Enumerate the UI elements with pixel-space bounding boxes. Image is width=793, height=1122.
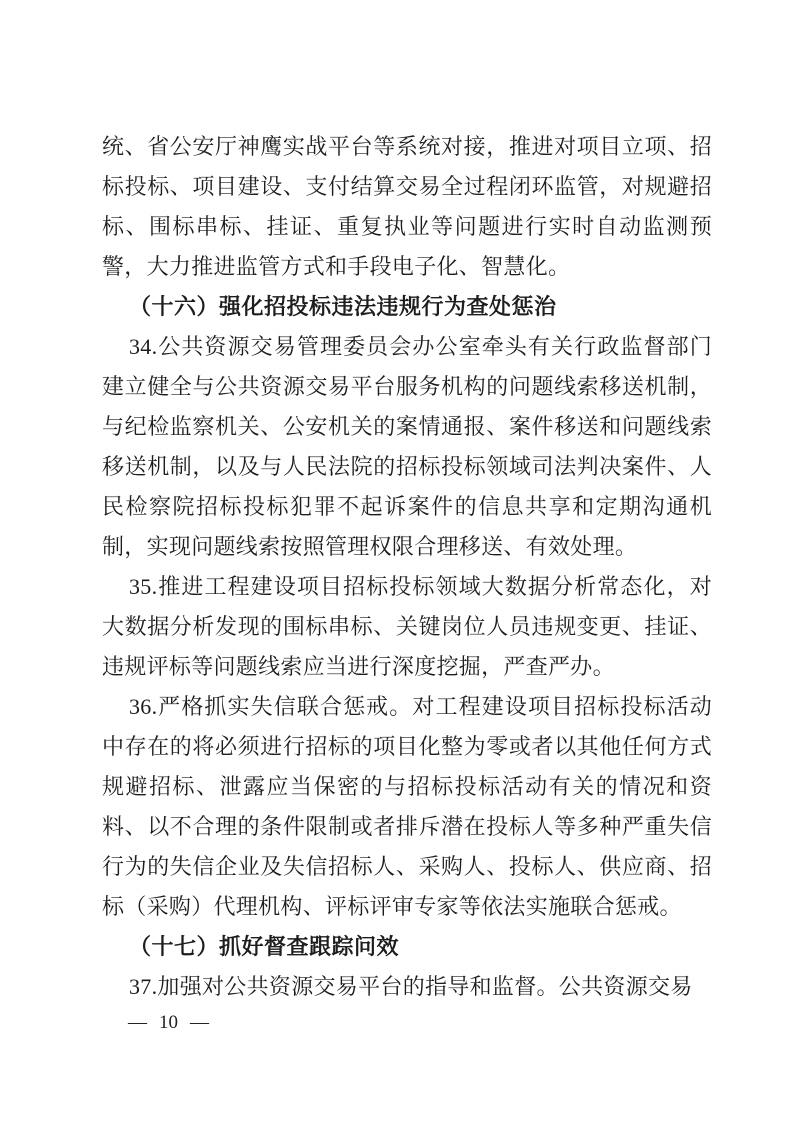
paragraph-item-35: 35.推进工程建设项目招标投标领域大数据分析常态化，对大数据分析发现的围标串标、… xyxy=(102,567,712,687)
section-heading-16: （十六）强化招投标违法违规行为查处惩治 xyxy=(102,287,712,327)
paragraph-continuation: 统、省公安厅神鹰实战平台等系统对接，推进对项目立项、招标投标、项目建设、支付结算… xyxy=(102,127,712,287)
page-number: — 10 — xyxy=(128,1009,209,1037)
page-number-right-dash: — xyxy=(190,1009,209,1037)
paragraph-item-36: 36.严格抓实失信联合惩戒。对工程建设项目招标投标活动中存在的将必须进行招标的项… xyxy=(102,687,712,927)
section-heading-17: （十七）抓好督查跟踪问效 xyxy=(102,927,712,967)
document-page: 统、省公安厅神鹰实战平台等系统对接，推进对项目立项、招标投标、项目建设、支付结算… xyxy=(0,0,793,1122)
document-body: 统、省公安厅神鹰实战平台等系统对接，推进对项目立项、招标投标、项目建设、支付结算… xyxy=(102,127,712,1007)
paragraph-item-37: 37.加强对公共资源交易平台的指导和监督。公共资源交易 xyxy=(102,967,712,1007)
page-number-left-dash: — xyxy=(128,1009,147,1037)
page-number-value: 10 xyxy=(159,1009,178,1037)
paragraph-item-34: 34.公共资源交易管理委员会办公室牵头有关行政监督部门建立健全与公共资源交易平台… xyxy=(102,327,712,567)
